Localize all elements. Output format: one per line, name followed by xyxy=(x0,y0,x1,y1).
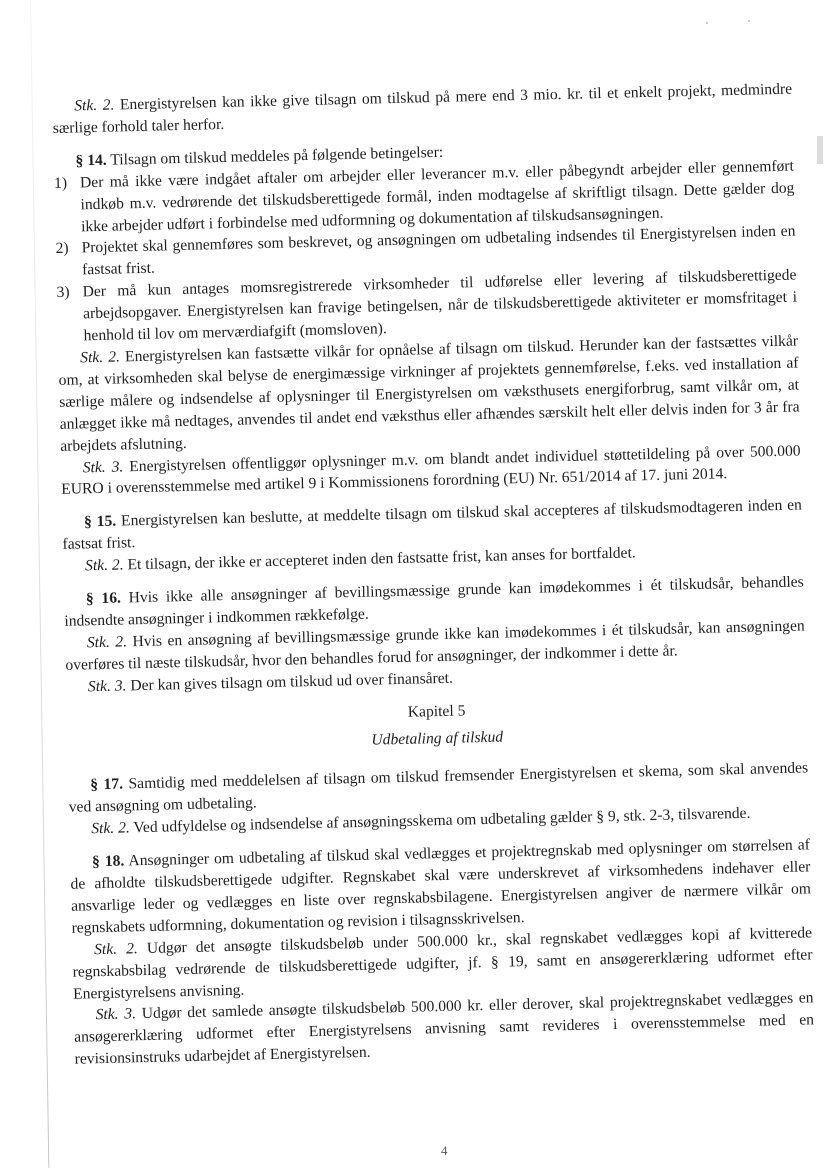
stk-label: Stk. 2. xyxy=(91,820,130,838)
stk-label: Stk. 2. xyxy=(87,633,128,651)
section-label: § 16. xyxy=(86,590,121,608)
scan-speck xyxy=(706,22,708,24)
item-number: 1) xyxy=(54,172,68,194)
stk-label: Stk. 3. xyxy=(95,1006,136,1024)
paragraph-text: Energistyrelsen kan ikke give tilsagn om… xyxy=(53,81,793,137)
paragraph-text: Ansøgninger om udbetaling af tilskud ska… xyxy=(70,836,811,936)
scan-edge-line xyxy=(30,0,49,1168)
item-number: 2) xyxy=(55,238,69,260)
item-number: 3) xyxy=(56,282,70,304)
section-14-stk-2: Stk. 2. Energistyrelsen kan fastsætte vi… xyxy=(58,330,800,457)
paragraph-text: Energistyrelsen kan fastsætte vilkår for… xyxy=(58,332,799,454)
stk-label: Stk. 2. xyxy=(74,97,115,115)
scan-speck xyxy=(748,20,750,22)
chapter-title-text: Udbetaling af tilskud xyxy=(371,729,503,749)
item-text: Der må kun antages momsregistrerede virk… xyxy=(82,267,797,345)
stk-label: Stk. 3. xyxy=(88,677,127,695)
page-number: 4 xyxy=(441,1143,448,1159)
section-13-stk-2: Stk. 2. Energistyrelsen kan ikke give ti… xyxy=(52,79,793,140)
section-label: § 14. xyxy=(75,152,107,170)
section-label: § 15. xyxy=(84,513,117,531)
stk-label: Stk. 2. xyxy=(85,557,124,575)
stk-label: Stk. 3. xyxy=(83,458,124,476)
document-page: Stk. 2. Energistyrelsen kan ikke give ti… xyxy=(52,79,815,1071)
stk-label: Stk. 2. xyxy=(80,348,120,366)
section-label: § 17. xyxy=(90,776,123,794)
stk-label: Stk. 2. xyxy=(94,940,138,958)
section-label: § 18. xyxy=(92,853,125,871)
scan-edge-mark xyxy=(817,136,823,164)
